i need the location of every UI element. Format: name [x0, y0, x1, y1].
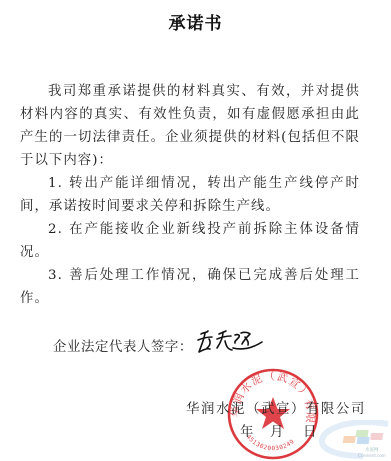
date-month-label: 月 — [270, 421, 283, 440]
company-name: 华润水泥（武宣）有限公司 — [186, 398, 366, 417]
paragraph-item-3: 3. 善后处理工作情况，确保已完成善后处理工作。 — [20, 264, 360, 310]
svg-text:水泥网: 水泥网 — [365, 446, 379, 453]
document-title: 承诺书 — [0, 9, 391, 34]
date-day-label: 日 — [303, 421, 316, 440]
date-year-label: 年 — [240, 421, 253, 440]
paragraph-item-1: 1. 转出产能详细情况，转出产能生产线停产时间，承诺按时间要求关停和拆除生产线。 — [20, 172, 360, 218]
paragraph-commitment: 我司郑重承诺提供的材料真实、有效，并对提供材料内容的真实、有效性负责，如有虚假愿… — [20, 80, 360, 172]
paragraph-item-2: 2. 在产能接收企业新线投产前拆除主体设备情况。 — [20, 218, 360, 264]
svg-text:Ccement.com: Ccement.com — [358, 453, 386, 458]
handwritten-signature-icon — [195, 328, 265, 356]
signature-label: 企业法定代表人签字： — [53, 336, 193, 355]
signature-row: 企业法定代表人签字： — [53, 334, 265, 356]
document-body: 我司郑重承诺提供的材料真实、有效，并对提供材料内容的真实、有效性负责，如有虚假愿… — [20, 80, 360, 310]
ccement-watermark-logo-icon: 水泥网 Ccement.com — [318, 420, 391, 461]
